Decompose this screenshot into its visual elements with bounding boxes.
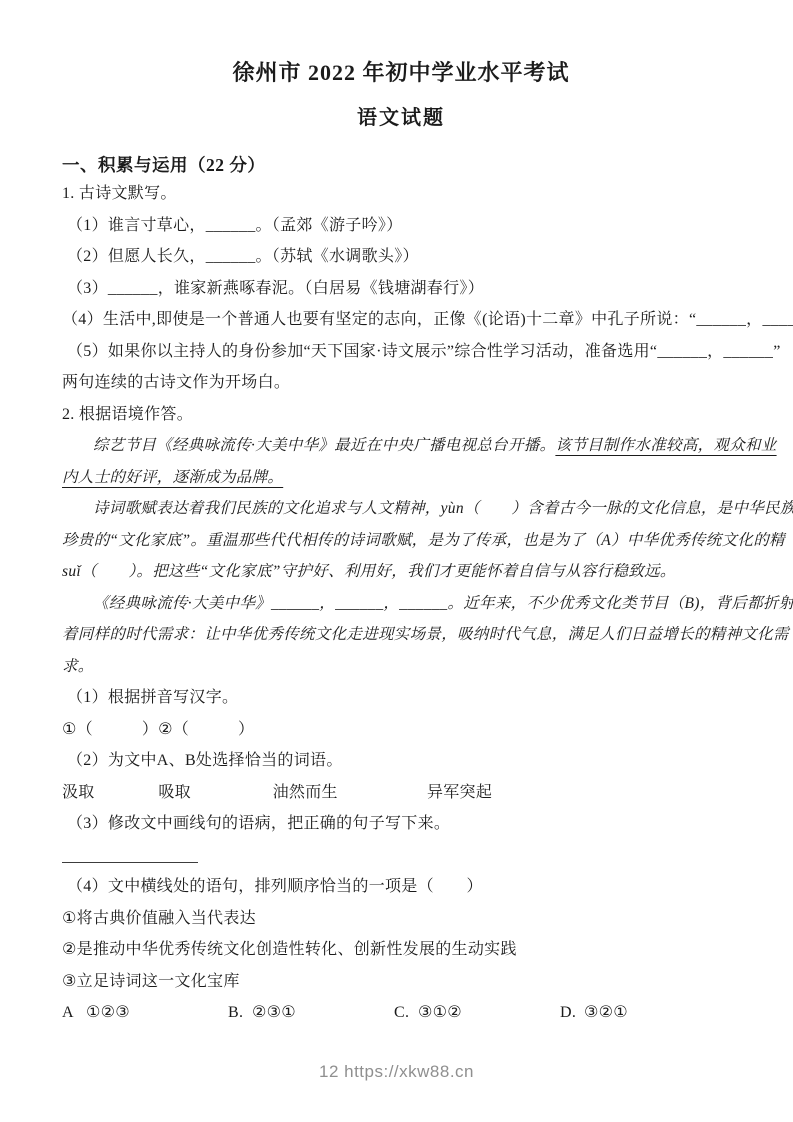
passage-underlined-text: 该节目制作水准较高，观众和业 (555, 437, 776, 454)
question1-item-1: （1）谁言寸草心，______。（孟郊《游子吟》） (62, 210, 740, 242)
question2-stem: 2. 根据语境作答。 (62, 399, 740, 431)
option-value: ③②① (584, 1004, 628, 1021)
option-b: B.②③① (228, 997, 394, 1029)
word-choice: 吸取 (158, 777, 268, 809)
option-value: ①②③ (86, 1004, 130, 1021)
question1-stem: 1. 古诗文默写。 (62, 178, 740, 210)
option-value: ③①② (418, 1004, 462, 1021)
passage-line-5: suǐ（ ）。把这些“文化家底”守护好、利用好，我们才更能怀着自信与从容行稳致远… (62, 556, 740, 588)
passage-line-4: 珍贵的“文化家底”。重温那些代代相传的诗词歌赋，是为了传承，也是为了（A）中华优… (62, 525, 740, 557)
passage-line-3: 诗词歌赋表达着我们民族的文化追求与人文精神，yùn（ ）含着古今一脉的文化信息，… (62, 493, 740, 525)
word-choices-row: 汲取 吸取 油然而生 异军突起 (62, 777, 740, 809)
document-content: 徐州市 2022 年初中学业水平考试 语文试题 一、积累与运用（22 分） 1.… (62, 58, 740, 1029)
option-value: ②③① (252, 1004, 296, 1021)
question1-item-3: （3）______，谁家新燕啄春泥。（白居易《钱塘湖春行》） (62, 273, 740, 305)
option-label: C. (394, 997, 418, 1029)
option-a: A①②③ (62, 997, 228, 1029)
sub-question-4-item-2: ②是推动中华优秀传统文化创造性转化、创新性发展的生动实践 (62, 934, 740, 966)
question1-item-2: （2）但愿人长久，______。（苏轼《水调歌头》） (62, 241, 740, 273)
option-label: B. (228, 997, 252, 1029)
sub-question-1-blanks: ①（ ）②（ ） (62, 714, 740, 746)
passage-underlined-text: 内人士的好评，逐渐成为品牌。 (62, 469, 283, 486)
word-choice: 油然而生 (273, 777, 423, 809)
word-choice: 异军突起 (427, 777, 492, 809)
sub-question-4-stem: （4）文中横线处的语句，排列顺序恰当的一项是（ ） (62, 871, 740, 903)
option-label: A (62, 997, 86, 1029)
sub-question-1-stem: （1）根据拼音写汉字。 (62, 682, 740, 714)
passage-line-7: 着同样的时代需求：让中华优秀传统文化走进现实场景，吸纳时代气息，满足人们日益增长… (62, 619, 740, 651)
question1-item-5-line1: （5）如果你以主持人的身份参加“天下国家·诗文展示”综合性学习活动，准备选用“_… (62, 336, 740, 368)
passage-line-1: 综艺节目《经典咏流传·大美中华》最近在中央广播电视总台开播。该节目制作水准较高，… (62, 430, 740, 462)
question1-item-5-line2: 两句连续的古诗文作为开场白。 (62, 367, 740, 399)
word-choice: 汲取 (62, 777, 154, 809)
answer-line-row (62, 840, 740, 872)
answer-blank-line (62, 840, 198, 863)
option-label: D. (560, 997, 584, 1029)
sub-question-2-stem: （2）为文中A、B处选择恰当的词语。 (62, 745, 740, 777)
passage-line-6: 《经典咏流传·大美中华》______，______，______。近年来，不少优… (62, 588, 740, 620)
sub-question-4-item-3: ③立足诗词这一文化宝库 (62, 966, 740, 998)
page-title: 徐州市 2022 年初中学业水平考试 (62, 58, 740, 88)
option-c: C.③①② (394, 997, 560, 1029)
page-subtitle: 语文试题 (62, 104, 740, 132)
section-heading: 一、积累与运用（22 分） (62, 152, 740, 178)
passage-line-8: 求。 (62, 651, 740, 683)
page-footer-watermark: 12 https://xkw88.cn (0, 1062, 793, 1082)
passage-line-2: 内人士的好评，逐渐成为品牌。 (62, 462, 740, 494)
sub-question-3-stem: （3）修改文中画线句的语病，把正确的句子写下来。 (62, 808, 740, 840)
exam-paper-page: 徐州市 2022 年初中学业水平考试 语文试题 一、积累与运用（22 分） 1.… (0, 0, 793, 1122)
sub-question-4-item-1: ①将古典价值融入当代表达 (62, 903, 740, 935)
question1-item-4: （4）生活中,即使是一个普通人也要有坚定的志向，正像《(论语)十二章》中孔子所说… (62, 304, 740, 336)
passage-text: 综艺节目《经典咏流传·大美中华》最近在中央广播电视总台开播。 (93, 437, 555, 454)
multiple-choice-options-row: A①②③ B.②③① C.③①② D.③②① (62, 997, 740, 1029)
option-d: D.③②① (560, 997, 726, 1029)
